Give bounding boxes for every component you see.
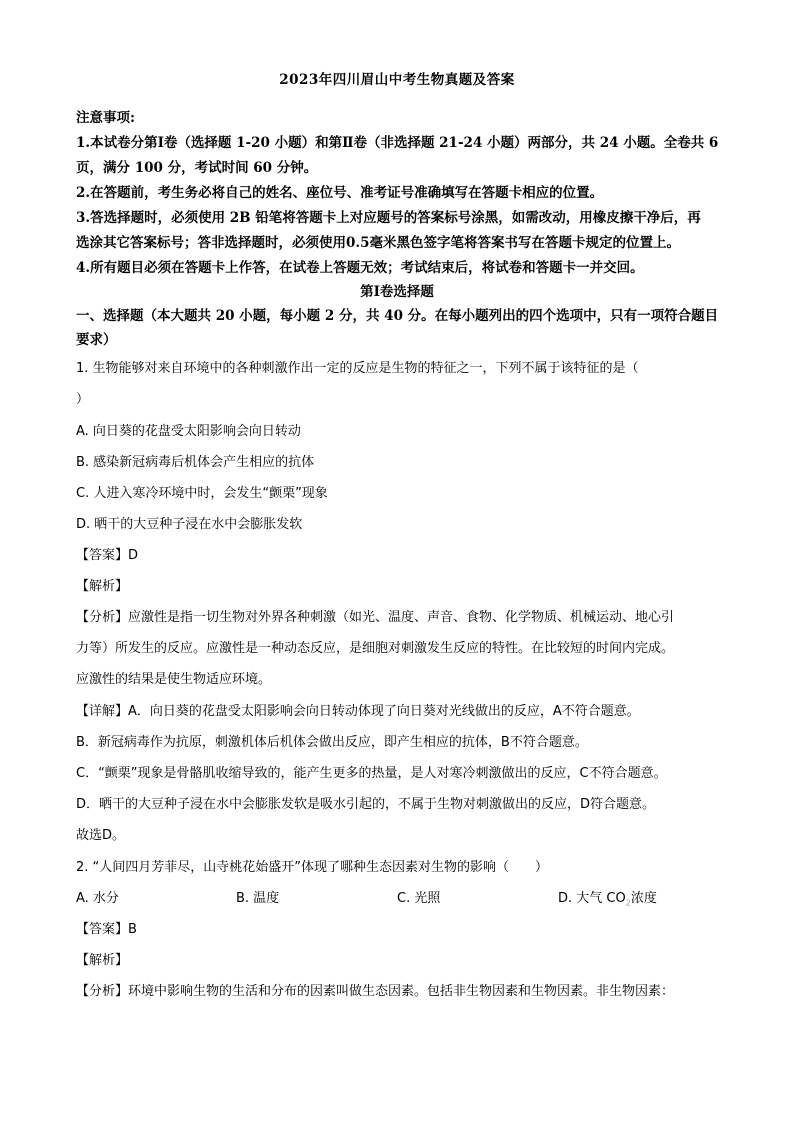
q1-detail-a: 【详解】A．向日葵的花盘受太阳影响会向日转动体现了向日葵对光线做出的反应，A不符… — [76, 700, 756, 719]
notice-item-2: 2.在答题前，考生务必将自己的姓名、座位号、准考证号准确填写在答题卡相应的位置。 — [76, 181, 756, 201]
q1-option-c: C. 人进入寒冷环境中时，会发生“颤栗”现象 — [76, 482, 756, 501]
q1-detail-d: D．晒干的大豆种子浸在水中会膨胀发软是吸水引起的，不属于生物对刺激做出的反应，D… — [76, 793, 756, 812]
q1-stem-1: 1. 生物能够对来自环境中的各种刺激作出一定的反应是生物的特征之一，下列不属于该… — [76, 357, 756, 376]
q2-analysis-1: 【分析】环境中影响生物的生活和分布的因素叫做生态因素。包括非生物因素和生物因素。… — [76, 980, 756, 999]
q2-option-d: D. 大气 CO2浓度 — [558, 887, 657, 908]
q1-analysis-label: 【解析】 — [76, 575, 756, 594]
section-instruction-1: 一、选择题（本大题共 20 小题，每小题 2 分，共 40 分。在每小题列出的四… — [76, 304, 756, 324]
q2-option-d-text: D. 大气 CO — [558, 891, 626, 906]
q1-analysis-1: 【分析】应激性是指一切生物对外界各种刺激（如光、温度、声音、食物、化学物质、机械… — [76, 606, 756, 625]
notice-item-4: 4.所有题目必须在答题卡上作答，在试卷上答题无效；考试结束后，将试卷和答题卡一并… — [76, 256, 756, 276]
q1-stem-2: ） — [76, 388, 756, 407]
q2-answer: 【答案】B — [76, 918, 756, 937]
q1-analysis-2: 力等）所发生的反应。应激性是一种动态反应，是细胞对刺激发生反应的特性。在比较短的… — [76, 637, 756, 656]
notice-item-1b: 页，满分 100 分，考试时间 60 分钟。 — [76, 156, 756, 176]
q2-analysis-label: 【解析】 — [76, 949, 756, 968]
section-instruction-2: 要求） — [76, 328, 756, 348]
q1-option-b: B. 感染新冠病毒后机体会产生相应的抗体 — [76, 451, 756, 470]
q1-option-d: D. 晒干的大豆种子浸在水中会膨胀发软 — [76, 513, 756, 532]
q2-option-a: A. 水分 — [76, 887, 119, 906]
q1-conclusion: 故选D。 — [76, 824, 756, 843]
document-title: 2023年四川眉山中考生物真题及答案 — [0, 68, 794, 88]
q1-analysis-3: 应激性的结果是使生物适应环境。 — [76, 668, 756, 687]
document-page: 2023年四川眉山中考生物真题及答案 注意事项: 1.本试卷分第Ⅰ卷（选择题 1… — [0, 0, 794, 1123]
q1-option-a: A. 向日葵的花盘受太阳影响会向日转动 — [76, 420, 756, 439]
notice-item-3b: 选涂其它答案标号；答非选择题时，必须使用0.5毫米黑色签字笔将答案书写在答题卡规… — [76, 231, 756, 251]
q1-detail-c: C．“颤栗”现象是骨骼肌收缩导致的，能产生更多的热量，是人对寒冷刺激做出的反应，… — [76, 762, 756, 781]
q2-option-d-tail: 浓度 — [631, 891, 657, 906]
q2-option-b: B. 温度 — [236, 887, 279, 906]
q1-answer: 【答案】D — [76, 544, 756, 563]
section-title: 第Ⅰ卷选择题 — [0, 280, 794, 300]
q2-option-c: C. 光照 — [397, 887, 440, 906]
notice-item-1a: 1.本试卷分第Ⅰ卷（选择题 1-20 小题）和第Ⅱ卷（非选择题 21-24 小题… — [76, 131, 756, 151]
notice-heading: 注意事项: — [76, 106, 756, 126]
notice-item-3a: 3.答选择题时，必须使用 2B 铅笔将答题卡上对应题号的答案标号涂黑，如需改动，… — [76, 206, 756, 226]
q1-detail-b: B．新冠病毒作为抗原，刺激机体后机体会做出反应，即产生相应的抗体，B不符合题意。 — [76, 731, 756, 750]
q2-stem: 2. “人间四月芳菲尽，山寺桃花始盛开”体现了哪种生态因素对生物的影响（ ） — [76, 856, 756, 875]
